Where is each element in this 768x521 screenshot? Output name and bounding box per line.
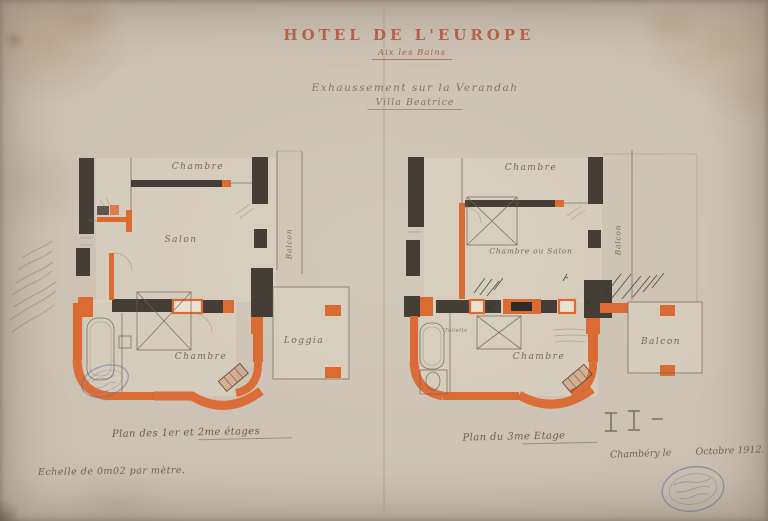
scale-note: Echelle de 0m02 par mètre. — [38, 465, 186, 478]
left-plan-caption: Plan des 1er et 2me étages — [112, 426, 260, 440]
oval-archive-stamp — [659, 462, 728, 516]
scanned-plan-sheet: HOTEL DE L'EUROPE Aix les Bains Exhausse… — [0, 0, 768, 521]
page-decorations — [0, 0, 768, 521]
scale-marks — [605, 411, 663, 431]
right-plan-caption: Plan du 3me Etage — [462, 430, 565, 443]
pencil-margin-note — [10, 241, 56, 332]
